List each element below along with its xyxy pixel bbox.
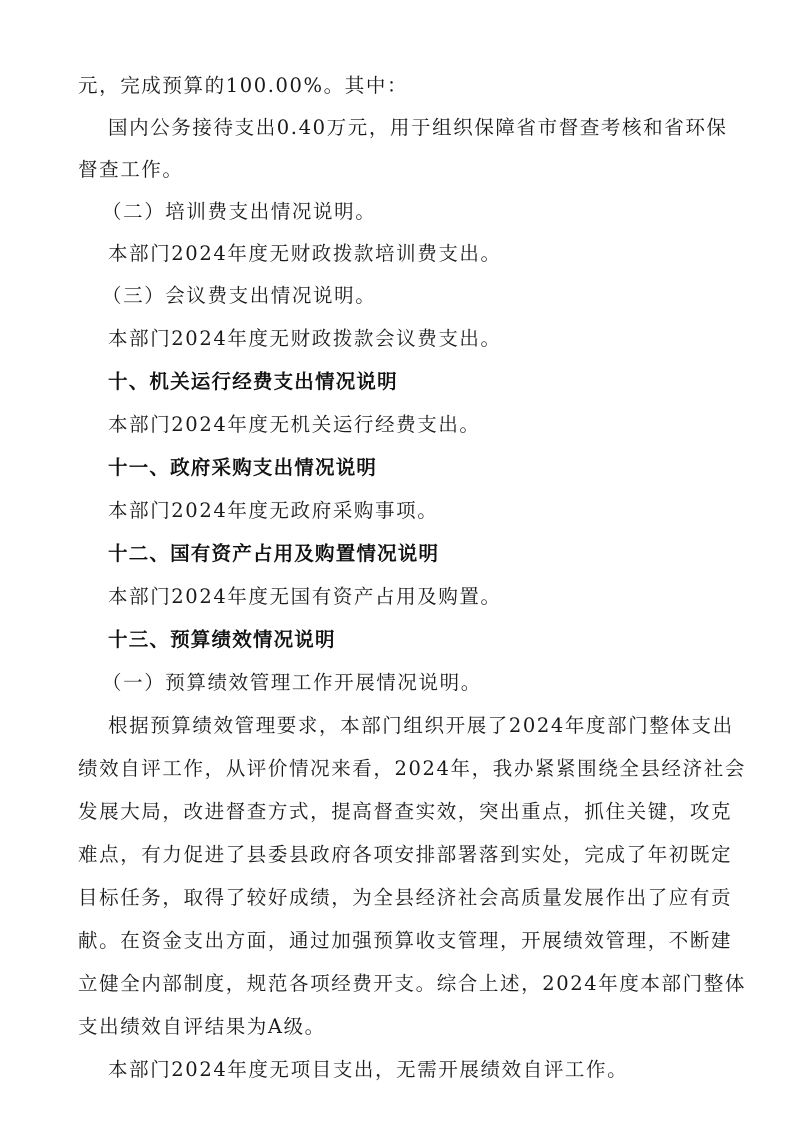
paragraph-line: 绩效自评工作，从评价情况来看，2024年，我办紧紧围绕全县经济社会	[78, 755, 716, 783]
paragraph-line: 难点，有力促进了县委县政府各项安排部署落到实处，完成了年初既定	[78, 841, 716, 869]
subsection-heading: （三）会议费支出情况说明。	[102, 282, 742, 310]
document-page: 元，完成预算的100.00%。其中： 国内公务接待支出0.40万元，用于组织保障…	[0, 0, 793, 1122]
section-heading: 十二、国有资产占用及购置情况说明	[108, 540, 748, 568]
paragraph-line: 目标任务，取得了较好成绩，为全县经济社会高质量发展作出了应有贡	[78, 884, 716, 912]
paragraph-line: 本部门2024年度无财政拨款会议费支出。	[108, 325, 748, 353]
paragraph-line: 元，完成预算的100.00%。其中：	[78, 72, 718, 100]
paragraph-line: 国内公务接待支出0.40万元，用于组织保障省市督查考核和省环保	[108, 114, 716, 142]
section-heading: 十、机关运行经费支出情况说明	[108, 368, 748, 396]
paragraph-line: 督查工作。	[78, 156, 718, 184]
paragraph-line: 本部门2024年度无政府采购事项。	[108, 497, 748, 525]
paragraph-line: 本部门2024年度无财政拨款培训费支出。	[108, 240, 748, 268]
section-heading: 十三、预算绩效情况说明	[108, 626, 748, 654]
paragraph-line: 本部门2024年度无国有资产占用及购置。	[108, 583, 748, 611]
subsection-heading: （一）预算绩效管理工作开展情况说明。	[102, 669, 742, 697]
paragraph-line: 立健全内部制度，规范各项经费开支。综合上述，2024年度本部门整体	[78, 970, 716, 998]
paragraph-line: 发展大局，改进督查方式，提高督查实效，突出重点，抓住关键，攻克	[78, 798, 716, 826]
subsection-heading: （二）培训费支出情况说明。	[102, 198, 742, 226]
section-heading: 十一、政府采购支出情况说明	[108, 454, 748, 482]
paragraph-line: 本部门2024年度无机关运行经费支出。	[108, 411, 748, 439]
paragraph-line: 本部门2024年度无项目支出，无需开展绩效自评工作。	[108, 1056, 748, 1084]
paragraph-line: 支出绩效自评结果为A级。	[78, 1013, 718, 1041]
paragraph-line: 献。在资金支出方面，通过加强预算收支管理，开展绩效管理，不断建	[78, 927, 716, 955]
paragraph-line: 根据预算绩效管理要求，本部门组织开展了2024年度部门整体支出	[108, 712, 716, 740]
